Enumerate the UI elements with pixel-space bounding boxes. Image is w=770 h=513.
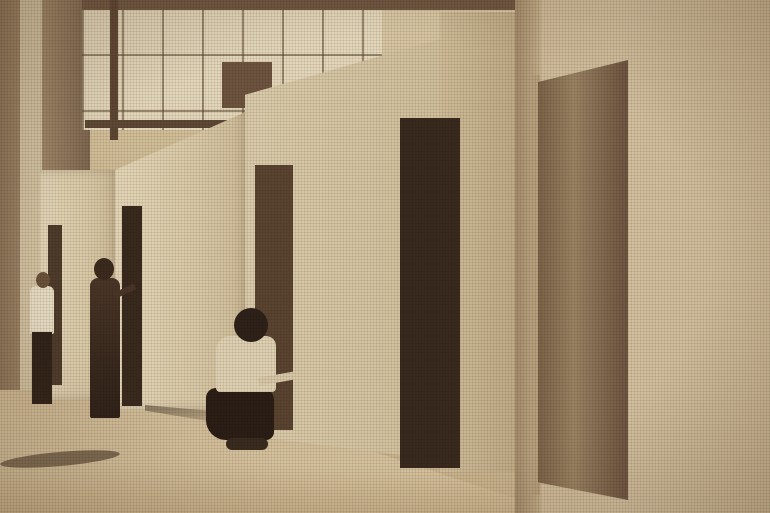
photograph bbox=[0, 0, 770, 513]
vignette bbox=[0, 0, 770, 513]
